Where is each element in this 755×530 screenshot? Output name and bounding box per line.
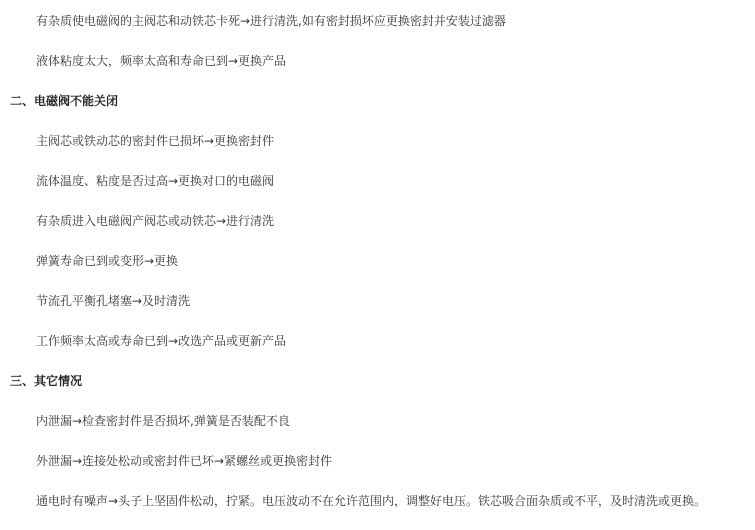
paragraph-frequency: 工作频率太高或寿命已到→改选产品或更新产品	[36, 333, 286, 349]
section-heading-cannot-close: 二、电磁阀不能关闭	[10, 93, 118, 109]
paragraph-impurities: 有杂质进入电磁阀产阀芯或动铁芯→进行清洗	[36, 213, 274, 229]
paragraph-viscosity: 液体粘度太大，频率太高和寿命已到→更换产品	[36, 53, 286, 69]
paragraph-orifice-blocked: 节流孔平衡孔堵塞→及时清洗	[36, 293, 190, 309]
paragraph-seal-damaged: 主阀芯或铁动芯的密封件已损坏→更换密封件	[36, 133, 274, 149]
paragraph-stuck-core: 有杂质使电磁阀的主阀芯和动铁芯卡死→进行清洗,如有密封损坏应更换密封并安装过滤器	[36, 13, 506, 29]
paragraph-spring: 弹簧寿命已到或变形→更换	[36, 253, 178, 269]
paragraph-noise: 通电时有噪声→头子上坚固件松动，拧紧。电压波动不在允许范围内，调整好电压。铁芯吸…	[10, 491, 745, 511]
paragraph-fluid-temperature: 流体温度、粘度是否过高→更换对口的电磁阀	[36, 173, 274, 189]
paragraph-external-leak: 外泄漏→连接处松动或密封件已坏→紧螺丝或更换密封件	[36, 453, 332, 469]
section-heading-other: 三、其它情况	[10, 373, 82, 389]
paragraph-internal-leak: 内泄漏→检查密封件是否损坏,弹簧是否装配不良	[36, 413, 290, 429]
